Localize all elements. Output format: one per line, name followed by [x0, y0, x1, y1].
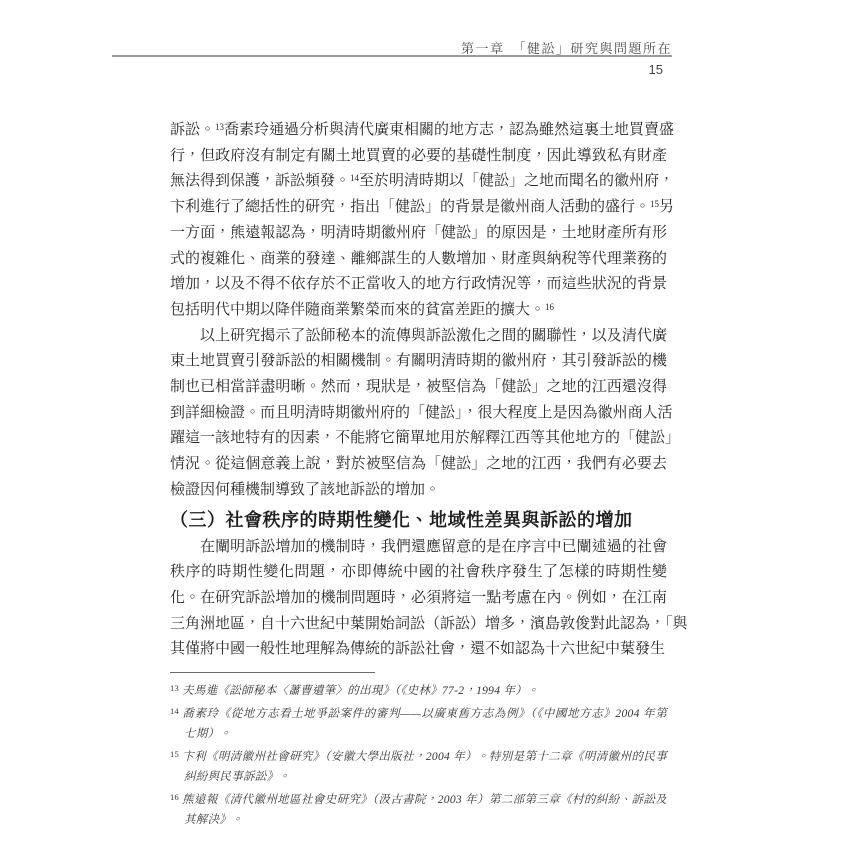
text-line: 在闡明訴訟增加的機制時，我們還應留意的是在序言中已闡述過的社會	[170, 535, 667, 561]
text-line: 三角洲地區，自十六世紀中葉開始詞訟（訴訟）增多，濱島敦俊對此認為，「與	[170, 612, 667, 638]
text-line: 到詳細檢證。而且明清時期徽州府的「健訟」，很大程度上是因為徽州商人活	[170, 401, 667, 427]
text-line: 以上研究揭示了訟師秘本的流傳與訴訟激化之間的關聯性，以及清代廣	[170, 324, 667, 350]
text-line: 一方面，熊遠報認為，明清時期徽州府「健訟」的原因是，土地財產所有形	[170, 221, 667, 247]
footnote-separator	[170, 672, 375, 673]
paragraph: 以上研究揭示了訟師秘本的流傳與訴訟激化之間的關聯性，以及清代廣東土地買賣引發訴訟…	[170, 324, 667, 504]
text-line: 情況。從這個意義上說，對於被堅信為「健訟」之地的江西，我們有必要去	[170, 452, 667, 478]
page-body: 訴訟。13喬素玲通過分析與清代廣東相關的地方志，認為雖然這裏土地買賣盛行，但政府…	[170, 118, 667, 833]
footnote-item: 15卞利《明清徽州社會研究》（安徽大學出版社，2004 年）。特別是第十二章《明…	[170, 747, 667, 787]
text-line: 卞利進行了總括性的研究，指出「健訟」的背景是徽州商人活動的盛行。15另	[170, 195, 667, 221]
footnote-number: 14	[170, 706, 179, 716]
footnote-text: 夫馬進《訟師秘本〈蕭曹遺筆〉的出現》（《史林》77-2，1994 年）。	[182, 685, 539, 697]
page-number: 15	[649, 62, 663, 77]
footnote-number: 13	[170, 683, 179, 693]
text-line: 秩序的時期性變化問題，亦即傳統中國的社會秩序發生了怎樣的時期性變	[170, 560, 667, 586]
section-heading: （三）社會秩序的時期性變化、地域性差異與訴訟的增加	[170, 507, 667, 533]
footnote-text: 卞利《明清徽州社會研究》（安徽大學出版社，2004 年）。特別是第十二章《明清徽…	[182, 751, 667, 783]
footnote-ref: 14	[350, 173, 359, 183]
text-line: 東土地買賣引發訴訟的相關機制。有關明清時期的徽州府，其引發訴訟的機	[170, 349, 667, 375]
footnote-text: 熊遠報《清代徽州地區社會史研究》（汲古書院，2003 年）第二部第三章《村的糾紛…	[182, 794, 667, 826]
footnotes: 13夫馬進《訟師秘本〈蕭曹遺筆〉的出現》（《史林》77-2，1994 年）。14…	[170, 681, 667, 830]
footnote-item: 14喬素玲《從地方志看土地爭訟案件的審判——以廣東舊方志為例》（《中國地方志》2…	[170, 704, 667, 744]
text-line: 無法得到保護，訴訟頻發。14至於明清時期以「健訟」之地而聞名的徽州府，	[170, 169, 667, 195]
paragraph: 訴訟。13喬素玲通過分析與清代廣東相關的地方志，認為雖然這裏土地買賣盛行，但政府…	[170, 118, 667, 324]
footnote-ref: 16	[545, 302, 554, 312]
text-line: 式的複雜化、商業的發達、離鄉謀生的人數增加、財產與納稅等代理業務的	[170, 247, 667, 273]
text-line: 其僅將中國一般性地理解為傳統的訴訟社會，還不如認為十六世紀中葉發生	[170, 637, 667, 663]
footnote-number: 16	[170, 792, 179, 802]
footnote-item: 13夫馬進《訟師秘本〈蕭曹遺筆〉的出現》（《史林》77-2，1994 年）。	[170, 681, 667, 701]
text-line: 增加，以及不得不依存於不正當收入的地方行政情況等，而這些狀況的背景	[170, 272, 667, 298]
header-rule	[112, 55, 672, 57]
footnote-ref: 13	[215, 122, 224, 132]
footnote-number: 15	[170, 749, 179, 759]
paragraph: 在闡明訴訟增加的機制時，我們還應留意的是在序言中已闡述過的社會秩序的時期性變化問…	[170, 535, 667, 664]
text-line: 行，但政府沒有制定有關土地買賣的必要的基礎性制度，因此導致私有財產	[170, 144, 667, 170]
footnote-item: 16熊遠報《清代徽州地區社會史研究》（汲古書院，2003 年）第二部第三章《村的…	[170, 790, 667, 830]
book-page: 第一章 「健訟」研究與問題所在 15 訴訟。13喬素玲通過分析與清代廣東相關的地…	[0, 0, 850, 850]
text-line: 化。在研究訴訟增加的機制問題時，必須將這一點考慮在內。例如，在江南	[170, 586, 667, 612]
text-line: 躍這一該地特有的因素，不能將它簡單地用於解釋江西等其他地方的「健訟」	[170, 426, 667, 452]
footnote-text: 喬素玲《從地方志看土地爭訟案件的審判——以廣東舊方志為例》（《中國地方志》200…	[182, 708, 667, 740]
text-line: 檢證因何種機制導致了該地訴訟的增加。	[170, 478, 667, 504]
footnote-ref: 15	[650, 199, 659, 209]
text-line: 訴訟。13喬素玲通過分析與清代廣東相關的地方志，認為雖然這裏土地買賣盛	[170, 118, 667, 144]
text-line: 包括明代中期以降伴隨商業繁榮而來的貧富差距的擴大。16	[170, 298, 667, 324]
text-line: 制也已相當詳盡明晰。然而，現狀是，被堅信為「健訟」之地的江西還沒得	[170, 375, 667, 401]
